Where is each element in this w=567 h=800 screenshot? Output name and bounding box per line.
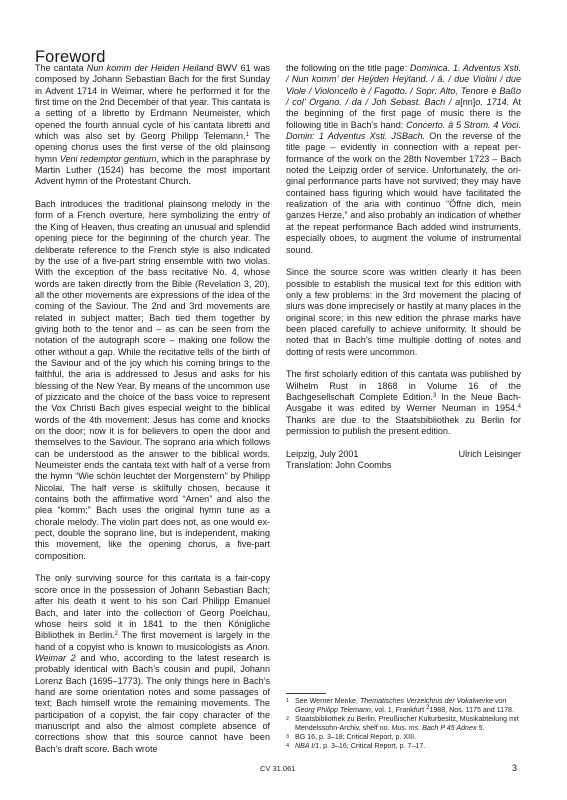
signature-line: Leipzig, July 2001 Ulrich Leisinger [286,449,521,460]
paragraph-source: The only surviving source for this canta… [35,573,270,755]
text: See Werner Menke, [295,697,360,705]
page-number: 3 [512,763,517,773]
paragraph-title-page: the following on the title page: Dominic… [286,63,521,256]
text: Thanks are due to the Staats­bibliothek … [286,415,521,436]
hymn-title: Veni redemptor gentium [60,154,156,164]
footnotes: 1 See Werner Menke, Thematisches Verzeic… [286,697,521,750]
text: BWV 61 was composed by Johann Sebastian … [35,63,270,141]
edition-abbrev: NBA I/1 [295,742,319,750]
text: the following on the title page: [286,63,410,73]
footnote-number: 4 [286,742,295,751]
footnote-text: Staatsbibliothek zu Berlin, Preußischer … [295,715,521,733]
text: . [482,724,484,732]
shelf-mark: Mus. ms. Bach P 45 Adnex 5 [391,724,482,732]
footnote-3: 3 BG 16, p. 3–18; Critical Report, p. XI… [286,733,521,742]
text: On the reverse of the title page – evide… [286,131,521,254]
catalog-code: CV 31.061 [260,764,295,773]
paragraph-intro: The cantata Nun komm der Heiden Heiland … [35,63,270,188]
text: , vol. 1, Frankfurt [371,706,426,714]
footnote-number: 3 [286,733,295,742]
footnote-number: 1 [286,697,295,715]
footnote-ref[interactable]: 4 [518,404,521,410]
footnote-text: BG 16, p. 3–18; Critical Report, p. XIII… [295,733,521,742]
footnote-1: 1 See Werner Menke, Thematisches Verzeic… [286,697,521,715]
right-column: the following on the title page: Dominic… [286,63,521,471]
text: and who, according to the latest researc… [35,653,270,754]
text: [nn] [460,97,475,107]
footnote-text: NBA I/1, p. 3–16; Critical Report, p. 7–… [295,742,521,751]
footnote-number: 2 [286,715,295,733]
place-date: Leipzig, July 2001 [286,449,358,460]
paragraph-edition-notes: Since the source score was written clear… [286,267,521,358]
text: 1988, Nos. 1175 and 1178. [429,706,514,714]
footnote-4: 4 NBA I/1, p. 3–16; Critical Report, p. … [286,742,521,751]
text: , p. 3–16; Critical Report, p. 7–17. [319,742,425,750]
paragraph-structure: Bach introduces the traditional plainson… [35,199,270,562]
title-page-quote: o. 1714. [475,97,509,107]
footnote-divider [286,693,326,694]
left-column: The cantata Nun komm der Heiden Heiland … [35,63,270,766]
text: The cantata [35,63,87,73]
footnote-2: 2 Staatsbibliothek zu Berlin, Preußische… [286,715,521,733]
footnote-text: See Werner Menke, Thematisches Verzeichn… [295,697,521,715]
author-name: Ulrich Leisinger [459,449,521,460]
cantata-title: Nun komm der Heiden Heiland [87,63,214,73]
translator-credit: Translation: John Coombs [286,460,521,471]
paragraph-publication: The first scholarly edition of this cant… [286,369,521,437]
